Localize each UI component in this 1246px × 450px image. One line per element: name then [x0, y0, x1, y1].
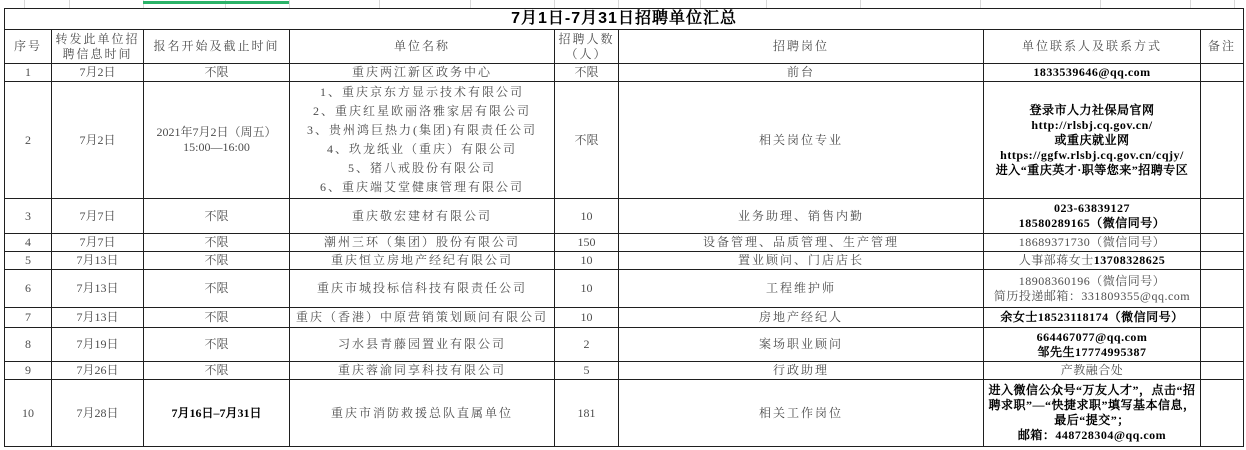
gridline — [24, 0, 25, 8]
table-row: 77月13日不限重庆（香港）中原营销策划顾问有限公司10房地产经纪人余女士185… — [5, 308, 1244, 328]
gridline — [1100, 0, 1101, 8]
cell-forward-date[interactable]: 7月13日 — [52, 308, 144, 328]
cell-unit-name[interactable]: 重庆市消防救援总队直属单位 — [290, 380, 555, 447]
column-header-signup-period[interactable]: 报名开始及截止时间 — [144, 30, 290, 64]
gridline — [289, 0, 290, 8]
title-row: 7月1日-7月31日招聘单位汇总 — [5, 9, 1244, 30]
gridline — [69, 0, 70, 8]
cell-forward-date[interactable]: 7月26日 — [52, 362, 144, 380]
cell-headcount[interactable]: 181 — [555, 380, 619, 447]
cell-unit-name[interactable]: 1、重庆京东方显示技术有限公司2、重庆红星欧丽洛雅家居有限公司3、贵州鸿巨热力(… — [290, 82, 555, 199]
cell-unit-name[interactable]: 重庆两江新区政务中心 — [290, 64, 555, 82]
column-header-headcount[interactable]: 招聘人数（人） — [555, 30, 619, 64]
column-header-serial[interactable]: 序号 — [5, 30, 52, 64]
spreadsheet-view: 7月1日-7月31日招聘单位汇总 序号 转发此单位招聘信息时间 报名开始及截止时… — [0, 0, 1246, 447]
cell-contact[interactable]: 18689371730（微信同号） — [984, 234, 1201, 252]
cell-signup-period[interactable]: 不限 — [144, 308, 290, 328]
cell-contact[interactable]: 产教融合处 — [984, 362, 1201, 380]
gridline — [700, 0, 701, 8]
cell-serial[interactable]: 5 — [5, 252, 52, 270]
cell-serial[interactable]: 7 — [5, 308, 52, 328]
cell-forward-date[interactable]: 7月13日 — [52, 252, 144, 270]
cell-headcount[interactable]: 10 — [555, 252, 619, 270]
header-row: 序号 转发此单位招聘信息时间 报名开始及截止时间 单位名称 招聘人数（人） 招聘… — [5, 30, 1244, 64]
cell-unit-name[interactable]: 重庆市城投标信科技有限责任公司 — [290, 270, 555, 308]
column-header-positions[interactable]: 招聘岗位 — [619, 30, 984, 64]
cell-note[interactable] — [1201, 328, 1244, 362]
gridline — [470, 0, 471, 8]
table-row: 17月2日不限重庆两江新区政务中心不限前台1833539646@qq.com — [5, 64, 1244, 82]
cell-unit-name[interactable]: 潮州三环（集团）股份有限公司 — [290, 234, 555, 252]
gridline — [766, 0, 767, 8]
cell-positions[interactable]: 设备管理、品质管理、生产管理 — [619, 234, 984, 252]
table-row: 47月7日不限潮州三环（集团）股份有限公司150设备管理、品质管理、生产管理18… — [5, 234, 1244, 252]
cell-signup-period[interactable]: 不限 — [144, 362, 290, 380]
cell-signup-period[interactable]: 7月16日–7月31日 — [144, 380, 290, 447]
cell-signup-period[interactable]: 不限 — [144, 64, 290, 82]
cell-serial[interactable]: 3 — [5, 199, 52, 234]
table-row: 107月28日7月16日–7月31日重庆市消防救援总队直属单位181相关工作岗位… — [5, 380, 1244, 447]
cell-signup-period[interactable]: 2021年7月2日（周五）15:00—16:00 — [144, 82, 290, 199]
cell-unit-name[interactable]: 重庆敬宏建材有限公司 — [290, 199, 555, 234]
cell-contact[interactable]: 023-6383912718580289165（微信同号） — [984, 199, 1201, 234]
cell-serial[interactable]: 1 — [5, 64, 52, 82]
recruitment-table: 7月1日-7月31日招聘单位汇总 序号 转发此单位招聘信息时间 报名开始及截止时… — [4, 8, 1244, 447]
cell-headcount[interactable]: 10 — [555, 308, 619, 328]
cell-note[interactable] — [1201, 252, 1244, 270]
cell-contact[interactable]: 人事部蒋女士13708328625 — [984, 252, 1201, 270]
gridline — [860, 0, 861, 8]
column-header-unit-name[interactable]: 单位名称 — [290, 30, 555, 64]
cell-forward-date[interactable]: 7月19日 — [52, 328, 144, 362]
cell-contact[interactable]: 1833539646@qq.com — [984, 64, 1201, 82]
gridline — [1190, 0, 1191, 8]
cell-contact[interactable]: 进入微信公众号“万友人才”，点击“招聘求职”—“快捷求职”填写基本信息，最后“提… — [984, 380, 1201, 447]
top-gridline-strip — [4, 0, 1243, 8]
cell-unit-name[interactable]: 重庆蓉渝同享科技有限公司 — [290, 362, 555, 380]
cell-note[interactable] — [1201, 199, 1244, 234]
gridline — [1234, 0, 1235, 8]
cell-forward-date[interactable]: 7月2日 — [52, 64, 144, 82]
cell-contact[interactable]: 登录市人力社保局官网http://rlsbj.cq.gov.cn/或重庆就业网h… — [984, 82, 1201, 199]
cell-serial[interactable]: 6 — [5, 270, 52, 308]
table-row: 67月13日不限重庆市城投标信科技有限责任公司10工程维护师1890836019… — [5, 270, 1244, 308]
cell-note[interactable] — [1201, 362, 1244, 380]
cell-signup-period[interactable]: 不限 — [144, 328, 290, 362]
table-title[interactable]: 7月1日-7月31日招聘单位汇总 — [5, 9, 1244, 30]
table-row: 57月13日不限重庆恒立房地产经纪有限公司10置业顾问、门店店长人事部蒋女士13… — [5, 252, 1244, 270]
cell-serial[interactable]: 2 — [5, 82, 52, 199]
cell-note[interactable] — [1201, 270, 1244, 308]
cell-forward-date[interactable]: 7月13日 — [52, 270, 144, 308]
cell-contact[interactable]: 余女士18523118174（微信同号） — [984, 308, 1201, 328]
table-row: 37月7日不限重庆敬宏建材有限公司10业务助理、销售内勤023-63839127… — [5, 199, 1244, 234]
selection-range-indicator — [143, 1, 289, 4]
gridline — [618, 0, 619, 8]
cell-forward-date[interactable]: 7月7日 — [52, 199, 144, 234]
cell-contact[interactable]: 664467077@qq.com邹先生17774995387 — [984, 328, 1201, 362]
cell-positions[interactable]: 置业顾问、门店店长 — [619, 252, 984, 270]
gridline — [980, 0, 981, 8]
cell-positions[interactable]: 行政助理 — [619, 362, 984, 380]
cell-serial[interactable]: 10 — [5, 380, 52, 447]
cell-unit-name[interactable]: 重庆恒立房地产经纪有限公司 — [290, 252, 555, 270]
cell-headcount[interactable]: 2 — [555, 328, 619, 362]
cell-headcount[interactable]: 10 — [555, 199, 619, 234]
cell-unit-name[interactable]: 习水县青藤园置业有限公司 — [290, 328, 555, 362]
column-header-forward-date[interactable]: 转发此单位招聘信息时间 — [52, 30, 144, 64]
table-row: 97月26日不限重庆蓉渝同享科技有限公司5行政助理产教融合处 — [5, 362, 1244, 380]
cell-positions[interactable]: 工程维护师 — [619, 270, 984, 308]
cell-headcount[interactable]: 不限 — [555, 64, 619, 82]
column-header-contact[interactable]: 单位联系人及联系方式 — [984, 30, 1201, 64]
table-body: 7月1日-7月31日招聘单位汇总 序号 转发此单位招聘信息时间 报名开始及截止时… — [5, 9, 1244, 447]
cell-headcount[interactable]: 150 — [555, 234, 619, 252]
cell-serial[interactable]: 4 — [5, 234, 52, 252]
cell-unit-name[interactable]: 重庆（香港）中原营销策划顾问有限公司 — [290, 308, 555, 328]
cell-forward-date[interactable]: 7月2日 — [52, 82, 144, 199]
gridline — [379, 0, 380, 8]
cell-positions[interactable]: 相关岗位专业 — [619, 82, 984, 199]
gridline — [554, 0, 555, 8]
cell-note[interactable] — [1201, 380, 1244, 447]
cell-serial[interactable]: 9 — [5, 362, 52, 380]
cell-signup-period[interactable]: 不限 — [144, 199, 290, 234]
cell-positions[interactable]: 业务助理、销售内勤 — [619, 199, 984, 234]
cell-signup-period[interactable]: 不限 — [144, 234, 290, 252]
cell-note[interactable] — [1201, 308, 1244, 328]
cell-serial[interactable]: 8 — [5, 328, 52, 362]
column-header-note[interactable]: 备注 — [1201, 30, 1244, 64]
cell-note[interactable] — [1201, 82, 1244, 199]
table-row: 27月2日2021年7月2日（周五）15:00—16:001、重庆京东方显示技术… — [5, 82, 1244, 199]
cell-positions[interactable]: 前台 — [619, 64, 984, 82]
cell-forward-date[interactable]: 7月28日 — [52, 380, 144, 447]
cell-forward-date[interactable]: 7月7日 — [52, 234, 144, 252]
cell-signup-period[interactable]: 不限 — [144, 270, 290, 308]
cell-headcount[interactable]: 5 — [555, 362, 619, 380]
cell-note[interactable] — [1201, 64, 1244, 82]
cell-positions[interactable]: 相关工作岗位 — [619, 380, 984, 447]
cell-note[interactable] — [1201, 234, 1244, 252]
table-row: 87月19日不限习水县青藤园置业有限公司2案场职业顾问664467077@qq.… — [5, 328, 1244, 362]
cell-headcount[interactable]: 不限 — [555, 82, 619, 199]
cell-positions[interactable]: 房地产经纪人 — [619, 308, 984, 328]
cell-contact[interactable]: 18908360196（微信同号）简历投递邮箱：331809355@qq.com — [984, 270, 1201, 308]
cell-signup-period[interactable]: 不限 — [144, 252, 290, 270]
cell-positions[interactable]: 案场职业顾问 — [619, 328, 984, 362]
cell-headcount[interactable]: 10 — [555, 270, 619, 308]
